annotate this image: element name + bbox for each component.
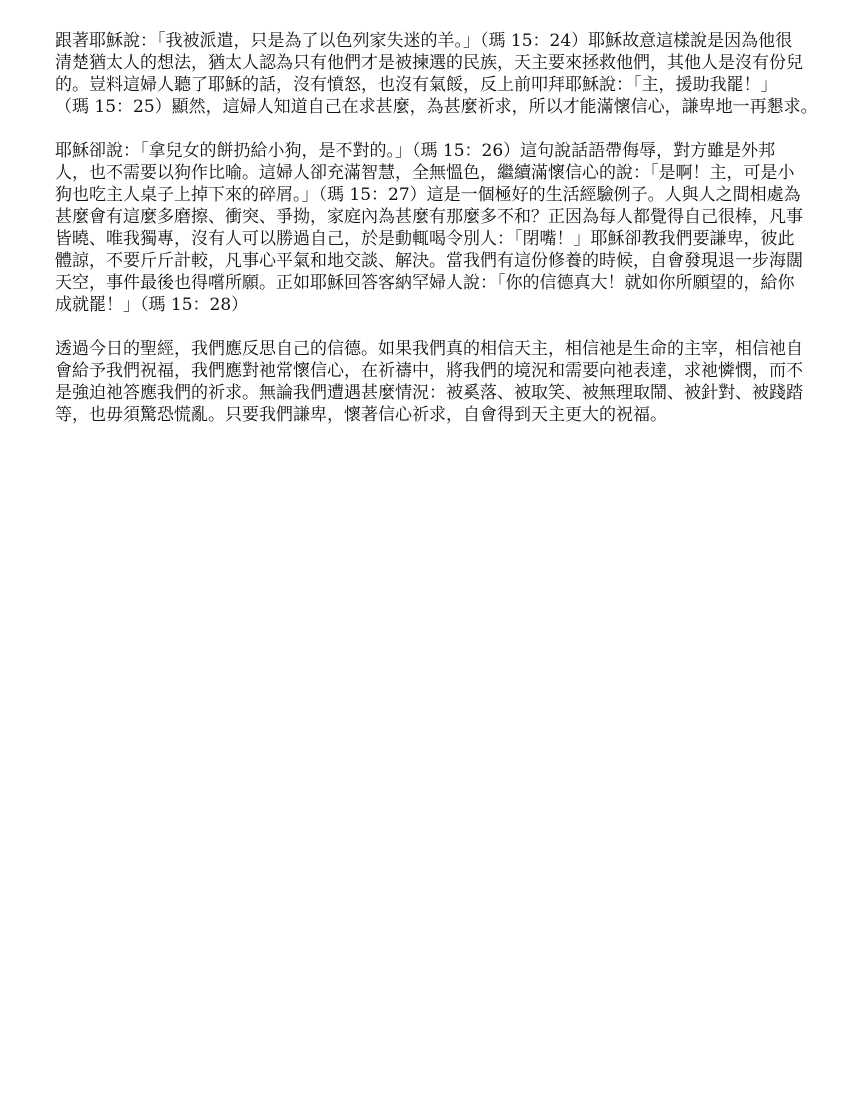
text-line: 成就罷！」（瑪 15：28）: [55, 294, 800, 316]
text-line: 天空，事件最後也得嚐所願。正如耶穌回答客納罕婦人說：「你的信德真大！就如你所願望…: [55, 272, 800, 294]
paragraph-2: 耶穌卻說：「拿兒女的餅扔給小狗，是不對的。」（瑪 15：26）這句說話語帶侮辱，…: [55, 140, 800, 316]
text-line: 人，也不需要以狗作比喻。這婦人卻充滿智慧，全無慍色，繼續滿懷信心的說：「是啊！主…: [55, 162, 800, 184]
text-line: （瑪 15：25）顯然，這婦人知道自己在求甚麼，為甚麼祈求，所以才能滿懷信心，謙…: [55, 96, 800, 118]
text-line: 的。豈料這婦人聽了耶穌的話，沒有憤怒，也沒有氣餒，反上前叩拜耶穌說：「主，援助我…: [55, 74, 800, 96]
text-line: 是強迫祂答應我們的祈求。無論我們遭遇甚麼情況：被奚落、被取笑、被無理取鬧、被針對…: [55, 382, 800, 404]
text-line: 甚麼會有這麼多磨擦、衝突、爭拗，家庭內為甚麼有那麼多不和？正因為每人都覺得自己很…: [55, 206, 800, 228]
text-line: 會給予我們祝福，我們應對祂常懷信心，在祈禱中，將我們的境況和需要向祂表達，求祂憐…: [55, 360, 800, 382]
text-line: 耶穌卻說：「拿兒女的餅扔給小狗，是不對的。」（瑪 15：26）這句說話語帶侮辱，…: [55, 140, 800, 162]
text-line: 跟著耶穌說：「我被派遣，只是為了以色列家失迷的羊。」（瑪 15：24）耶穌故意這…: [55, 30, 800, 52]
text-line: 皆曉、唯我獨專，沒有人可以勝過自己，於是動輒喝令別人：「閉嘴！」耶穌卻教我們要謙…: [55, 228, 800, 250]
text-line: 等，也毋須驚恐慌亂。只要我們謙卑，懷著信心祈求，自會得到天主更大的祝福。: [55, 404, 800, 426]
text-line: 體諒，不要斤斤計較，凡事心平氣和地交談、解決。當我們有這份修養的時候，自會發現退…: [55, 250, 800, 272]
text-line: 狗也吃主人桌子上掉下來的碎屑。」（瑪 15：27）這是一個極好的生活經驗例子。人…: [55, 184, 800, 206]
paragraph-3: 透過今日的聖經，我們應反思自己的信德。如果我們真的相信天主，相信祂是生命的主宰，…: [55, 338, 800, 426]
document-page: 跟著耶穌說：「我被派遣，只是為了以色列家失迷的羊。」（瑪 15：24）耶穌故意這…: [55, 30, 800, 448]
text-line: 透過今日的聖經，我們應反思自己的信德。如果我們真的相信天主，相信祂是生命的主宰，…: [55, 338, 800, 360]
paragraph-1: 跟著耶穌說：「我被派遣，只是為了以色列家失迷的羊。」（瑪 15：24）耶穌故意這…: [55, 30, 800, 118]
text-line: 清楚猶太人的想法，猶太人認為只有他們才是被揀選的民族，天主要來拯救他們，其他人是…: [55, 52, 800, 74]
